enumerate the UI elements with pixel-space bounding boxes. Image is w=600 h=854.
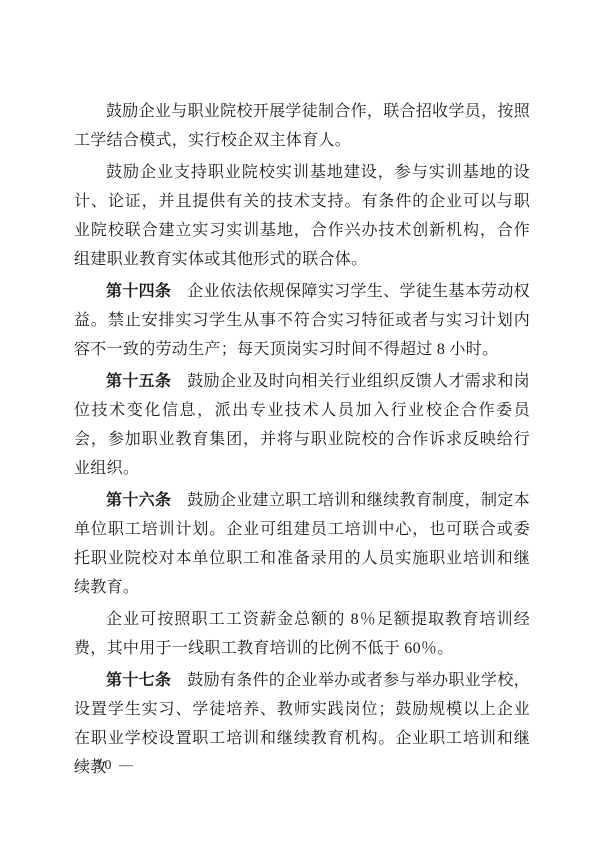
paragraph: 第十五条鼓励企业及时向相关行业组织反馈人才需求和岗位技术变化信息，派出专业技术人… bbox=[74, 367, 530, 483]
document-page: 鼓励企业与职业院校开展学徒制合作，联合招收学员，按照工学结合模式，实行校企双主体… bbox=[0, 0, 600, 854]
paragraph: 鼓励企业支持职业院校实训基地建设，参与实训基地的设计、论证，并且提供有关的技术支… bbox=[74, 158, 530, 274]
paragraph-text: 企业可按照职工工资薪金总额的 8％足额提取教育培训经费，其中用于一线职工教育培训… bbox=[74, 611, 530, 657]
article-number: 第十七条 bbox=[106, 672, 171, 689]
paragraph-text: 鼓励企业支持职业院校实训基地建设，参与实训基地的设计、论证，并且提供有关的技术支… bbox=[74, 164, 530, 268]
article-number: 第十五条 bbox=[106, 373, 171, 390]
page-number: — 10 — bbox=[74, 757, 135, 775]
article-number: 第十六条 bbox=[106, 492, 171, 509]
paragraph: 第十七条鼓励有条件的企业举办或者参与举办职业学校，设置学生实习、学徒培养、教师实… bbox=[74, 666, 530, 782]
paragraph: 第十六条鼓励企业建立职工培训和继续教育制度，制定本单位职工培训计划。企业可组建员… bbox=[74, 486, 530, 602]
paragraph: 鼓励企业与职业院校开展学徒制合作，联合招收学员，按照工学结合模式，实行校企双主体… bbox=[74, 97, 530, 155]
paragraph-text: 鼓励企业与职业院校开展学徒制合作，联合招收学员，按照工学结合模式，实行校企双主体… bbox=[74, 103, 530, 149]
paragraph: 企业可按照职工工资薪金总额的 8％足额提取教育培训经费，其中用于一线职工教育培训… bbox=[74, 605, 530, 663]
document-body: 鼓励企业与职业院校开展学徒制合作，联合招收学员，按照工学结合模式，实行校企双主体… bbox=[74, 97, 530, 782]
paragraph: 第十四条企业依法依规保障实习学生、学徒生基本劳动权益。禁止安排实习学生从事不符合… bbox=[74, 277, 530, 364]
article-number: 第十四条 bbox=[106, 283, 171, 300]
